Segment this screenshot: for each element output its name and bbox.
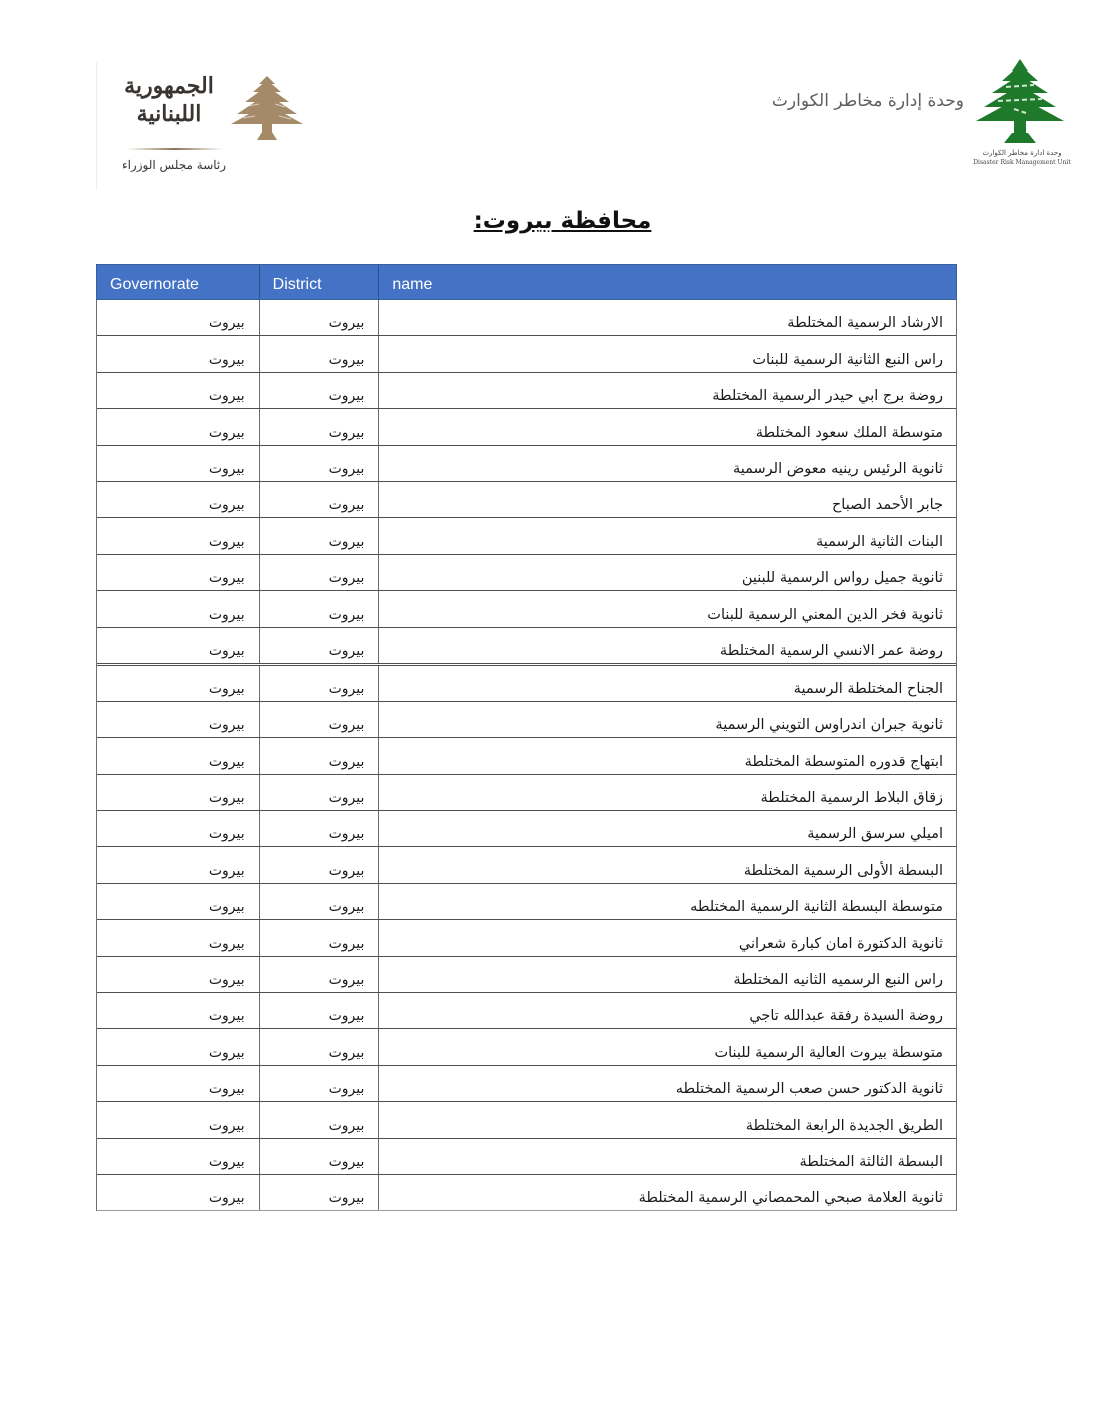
table-row: بيروتبيروتالجناح المختلطة الرسمية [97,666,956,702]
district-cell: بيروت [260,336,380,371]
governorate-cell: بيروت [97,518,260,553]
district-cell: بيروت [260,847,380,882]
unit-title: وحدة إدارة مخاطر الكوارث [764,91,964,111]
governorate-cell: بيروت [97,811,260,846]
governorate-cell: بيروت [97,884,260,919]
governorate-cell: بيروت [97,847,260,882]
governorate-cell: بيروت [97,591,260,626]
school-name-cell: روضة عمر الانسي الرسمية المختلطة [379,628,956,663]
table-row: بيروتبيروتالارشاد الرسمية المختلطة [97,300,956,336]
republic-calligraphy: الجمهورية اللبنانية [119,72,219,128]
school-name-cell: روضة السيدة رفقة عبدالله تاجي [379,993,956,1028]
table-row: بيروتبيروتثانوية الدكتورة امان كبارة شعر… [97,920,956,956]
table-row: بيروتبيروتزقاق البلاط الرسمية المختلطة [97,775,956,811]
district-cell: بيروت [260,702,380,737]
table-row: بيروتبيروتثانوية جبران اندراوس التويني ا… [97,702,956,738]
table-row: بيروتبيروتمتوسطة بيروت العالية الرسمية ل… [97,1029,956,1065]
table-row: بيروتبيروتالبنات الثانية الرسمية [97,518,956,554]
district-cell: بيروت [260,920,380,955]
drm-unit-logo: وحدة إدارة مخاطر الكوارث وحدة ادارة مخاط… [760,57,1076,169]
table-row: بيروتبيروتمتوسطة البسطة الثانية الرسمية … [97,884,956,920]
school-name-cell: ثانوية الدكتور حسن صعب الرسمية المختلطه [379,1066,956,1101]
table-row: بيروتبيروتالطريق الجديدة الرابعة المختلط… [97,1102,956,1138]
governorate-cell: بيروت [97,300,260,335]
school-name-cell: ثانوية الدكتورة امان كبارة شعراني [379,920,956,955]
governorate-cell: بيروت [97,446,260,481]
table-body: بيروتبيروتالارشاد الرسمية المختلطةبيروتب… [96,300,957,1211]
governorate-cell: بيروت [97,993,260,1028]
table-row: بيروتبيروتروضة السيدة رفقة عبدالله تاجي [97,993,956,1029]
school-name-cell: الارشاد الرسمية المختلطة [379,300,956,335]
school-name-cell: زقاق البلاط الرسمية المختلطة [379,775,956,810]
cedar-tree-icon [229,74,305,144]
governorate-cell: بيروت [97,957,260,992]
district-cell: بيروت [260,993,380,1028]
column-header-name: name [379,265,956,299]
logo-line-1: الجمهورية [119,72,219,100]
column-header-governorate: Governorate [97,265,260,299]
table-row: بيروتبيروتروضة برج ابي حيدر الرسمية المخ… [97,373,956,409]
table-row: بيروتبيروتثانوية فخر الدين المعني الرسمي… [97,591,956,627]
logo-caption-arabic: وحدة ادارة مخاطر الكوارث [966,149,1078,157]
district-cell: بيروت [260,775,380,810]
governorate-cell: بيروت [97,1029,260,1064]
district-cell: بيروت [260,1175,380,1210]
school-name-cell: راس النبع الرسميه الثانيه المختلطة [379,957,956,992]
logo-divider [127,148,223,150]
table-row: بيروتبيروتالبسطة الثالثة المختلطة [97,1139,956,1175]
governorate-cell: بيروت [97,1102,260,1137]
table-row: بيروتبيروتالبسطة الأولى الرسمية المختلطة [97,847,956,883]
district-cell: بيروت [260,738,380,773]
school-name-cell: البسطة الثالثة المختلطة [379,1139,956,1174]
governorate-cell: بيروت [97,373,260,408]
table-row: بيروتبيروتثانوية العلامة صبحي المحمصاني … [97,1175,956,1211]
school-name-cell: ثانوية العلامة صبحي المحمصاني الرسمية ال… [379,1175,956,1210]
district-cell: بيروت [260,446,380,481]
district-cell: بيروت [260,666,380,701]
school-name-cell: البسطة الأولى الرسمية المختلطة [379,847,956,882]
school-name-cell: متوسطة بيروت العالية الرسمية للبنات [379,1029,956,1064]
school-name-cell: الجناح المختلطة الرسمية [379,666,956,701]
school-name-cell: ثانوية الرئيس رينيه معوض الرسمية [379,446,956,481]
district-cell: بيروت [260,811,380,846]
table-row: بيروتبيروتمتوسطة الملك سعود المختلطة [97,409,956,445]
district-cell: بيروت [260,300,380,335]
school-name-cell: ابتهاج قدوره المتوسطة المختلطة [379,738,956,773]
table-row: بيروتبيروتثانوية الرئيس رينيه معوض الرسم… [97,446,956,482]
school-name-cell: ثانوية فخر الدين المعني الرسمية للبنات [379,591,956,626]
district-cell: بيروت [260,1102,380,1137]
school-name-cell: متوسطة الملك سعود المختلطة [379,409,956,444]
district-cell: بيروت [260,373,380,408]
school-name-cell: ثانوية جبران اندراوس التويني الرسمية [379,702,956,737]
table-row: بيروتبيروتابتهاج قدوره المتوسطة المختلطة [97,738,956,774]
table-header: Governorate District name [96,264,957,300]
district-cell: بيروت [260,482,380,517]
school-name-cell: ثانوية جميل رواس الرسمية للبنين [379,555,956,590]
governorate-cell: بيروت [97,1066,260,1101]
governorate-cell: بيروت [97,775,260,810]
table-row: بيروتبيروتروضة عمر الانسي الرسمية المختل… [97,628,956,666]
district-cell: بيروت [260,555,380,590]
governorate-cell: بيروت [97,482,260,517]
logo-subtitle: رئاسة مجلس الوزراء [119,158,229,172]
district-cell: بيروت [260,591,380,626]
governorate-cell: بيروت [97,1139,260,1174]
district-cell: بيروت [260,1139,380,1174]
page-title: محافظة بيروت: [474,208,652,234]
column-header-district: District [260,265,380,299]
school-name-cell: متوسطة البسطة الثانية الرسمية المختلطه [379,884,956,919]
table-row: بيروتبيروتثانوية الدكتور حسن صعب الرسمية… [97,1066,956,1102]
district-cell: بيروت [260,1029,380,1064]
governorate-cell: بيروت [97,666,260,701]
school-name-cell: روضة برج ابي حيدر الرسمية المختلطة [379,373,956,408]
page-title-wrap: محافظة بيروت: [0,208,1109,234]
table-row: بيروتبيروتثانوية جميل رواس الرسمية للبني… [97,555,956,591]
governorate-cell: بيروت [97,409,260,444]
school-name-cell: اميلي سرسق الرسمية [379,811,956,846]
governorate-cell: بيروت [97,555,260,590]
district-cell: بيروت [260,518,380,553]
governorate-cell: بيروت [97,920,260,955]
school-name-cell: الطريق الجديدة الرابعة المختلطة [379,1102,956,1137]
table-row: بيروتبيروتراس النبع الثانية الرسمية للبن… [97,336,956,372]
cedar-tree-icon [972,57,1068,149]
district-cell: بيروت [260,957,380,992]
school-name-cell: راس النبع الثانية الرسمية للبنات [379,336,956,371]
logo-line-2: اللبنانية [119,100,219,128]
governorate-cell: بيروت [97,1175,260,1210]
presidency-logo: الجمهورية اللبنانية رئاسة مجلس الوزراء [96,62,317,190]
school-name-cell: جابر الأحمد الصباح [379,482,956,517]
schools-table: Governorate District name بيروتبيروتالار… [96,264,957,1211]
table-row: بيروتبيروتاميلي سرسق الرسمية [97,811,956,847]
governorate-cell: بيروت [97,628,260,663]
table-row: بيروتبيروتجابر الأحمد الصباح [97,482,956,518]
school-name-cell: البنات الثانية الرسمية [379,518,956,553]
district-cell: بيروت [260,884,380,919]
district-cell: بيروت [260,1066,380,1101]
district-cell: بيروت [260,409,380,444]
logo-caption-english: Disaster Risk Management Unit [966,159,1078,166]
governorate-cell: بيروت [97,738,260,773]
table-row: بيروتبيروتراس النبع الرسميه الثانيه المخ… [97,957,956,993]
governorate-cell: بيروت [97,336,260,371]
district-cell: بيروت [260,628,380,663]
governorate-cell: بيروت [97,702,260,737]
